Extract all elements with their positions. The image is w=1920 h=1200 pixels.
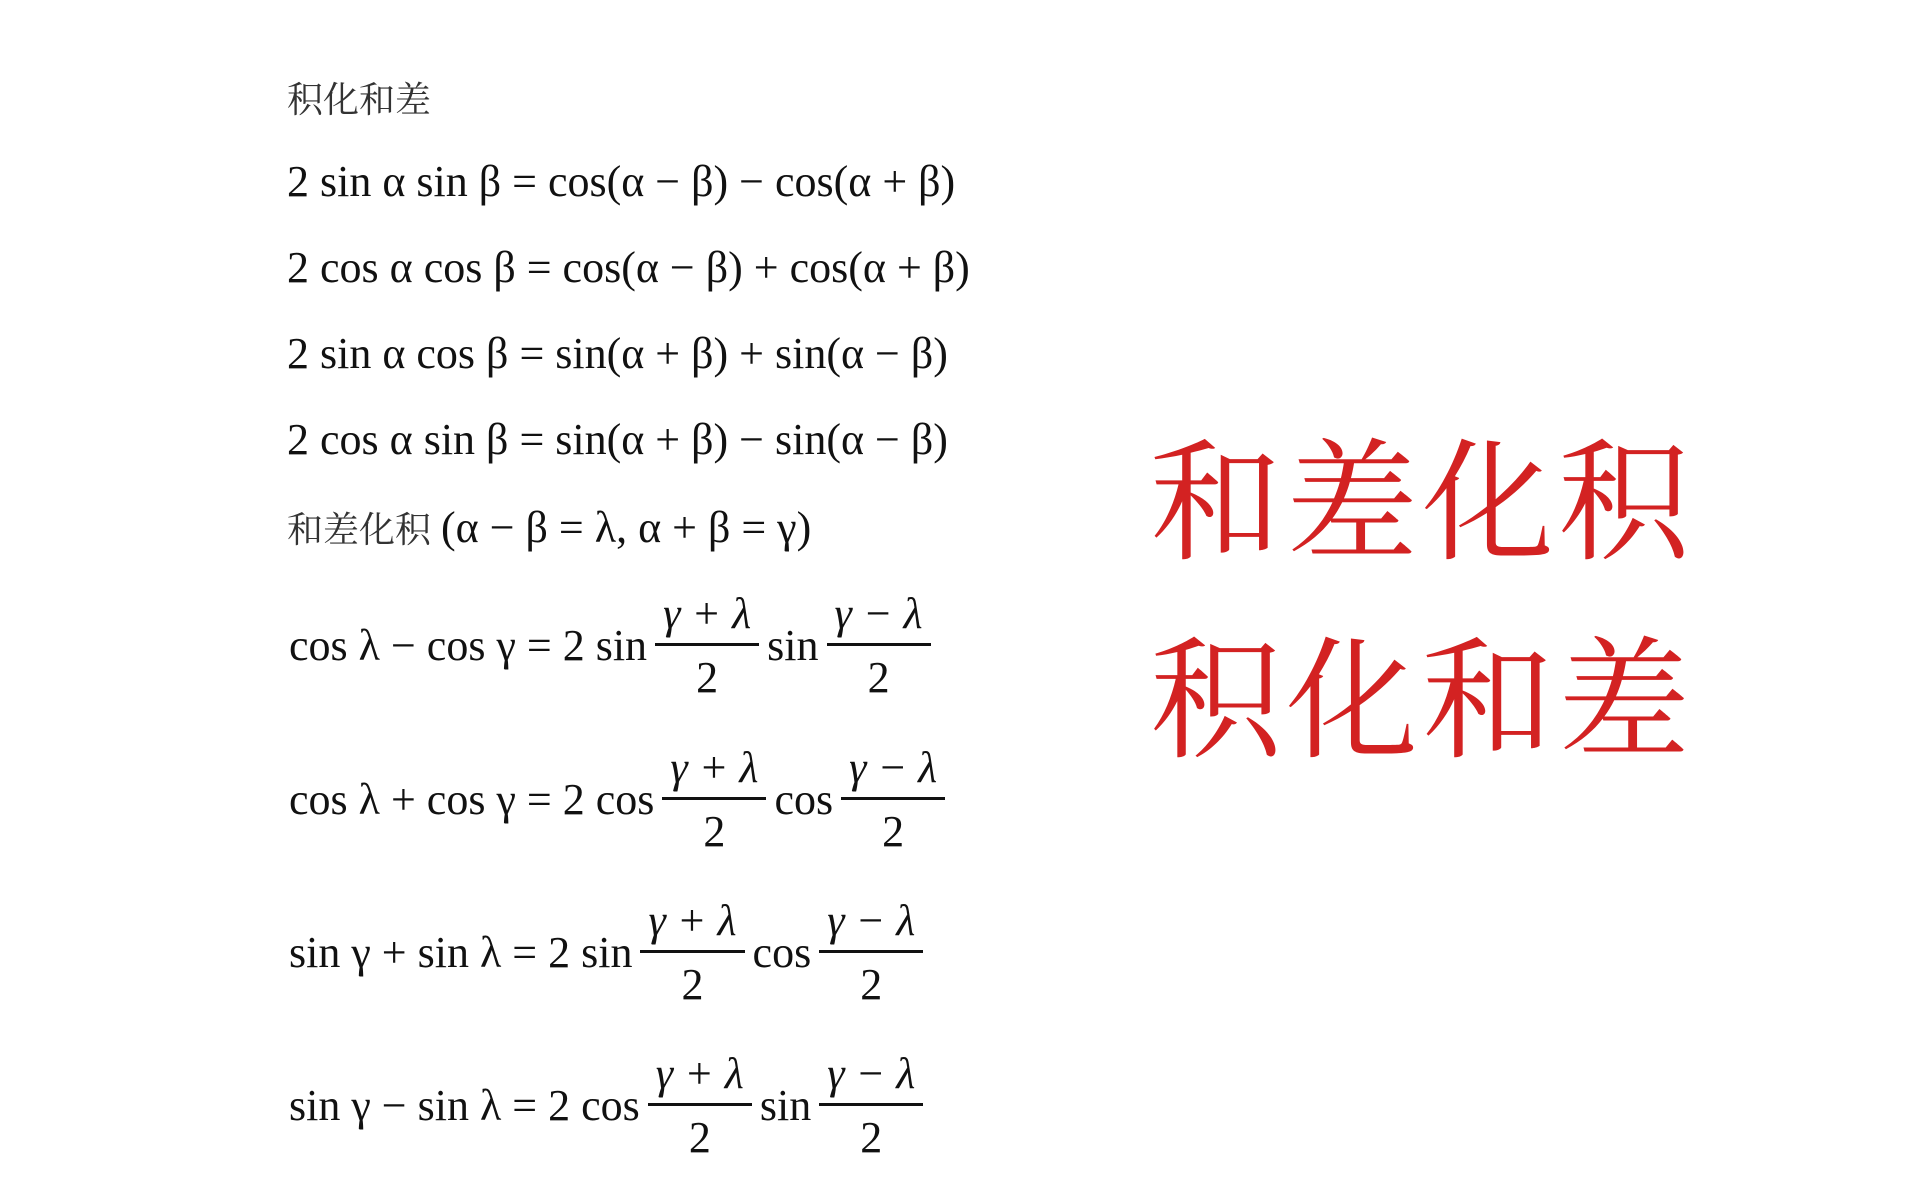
equation-mid-function: cos (772, 774, 835, 825)
fraction-numerator: γ − λ (827, 588, 931, 646)
equation-lhs: sin γ + sin λ = 2 sin (287, 927, 634, 978)
heading-sum-to-product-label: 和差化积 (287, 510, 431, 551)
equation-product-to-sum-2: 2 cos α cos β = cos(α − β) + cos(α + β) (287, 246, 970, 290)
fraction-denominator: 2 (860, 953, 882, 1010)
title-sum-to-product: 和差化积 (1150, 438, 1694, 570)
fraction: γ + λ2 (655, 588, 759, 703)
equation-sum-to-product-1: cos λ − cos γ = 2 sin γ + λ2 sin γ − λ2 (287, 588, 937, 703)
equation-mid-function: sin (758, 1080, 813, 1131)
equation-lhs: cos λ − cos γ = 2 sin (287, 620, 649, 671)
fraction-numerator: γ − λ (819, 895, 923, 953)
fraction-numerator: γ + λ (662, 742, 766, 800)
equation-lhs: sin γ − sin λ = 2 cos (287, 1080, 642, 1131)
equation-mid-function: sin (765, 620, 820, 671)
fraction-numerator: γ − λ (819, 1048, 923, 1106)
fraction: γ + λ2 (648, 1048, 752, 1163)
equation-product-to-sum-3: 2 sin α cos β = sin(α + β) + sin(α − β) (287, 332, 948, 376)
fraction: γ − λ2 (827, 588, 931, 703)
heading-product-to-sum: 积化和差 (287, 72, 431, 123)
equation-lhs: cos λ + cos γ = 2 cos (287, 774, 656, 825)
fraction: γ + λ2 (640, 895, 744, 1010)
fraction-denominator: 2 (868, 646, 890, 703)
fraction-numerator: γ + λ (640, 895, 744, 953)
fraction-numerator: γ − λ (841, 742, 945, 800)
fraction-denominator: 2 (696, 646, 718, 703)
fraction-denominator: 2 (860, 1106, 882, 1163)
fraction-denominator: 2 (682, 953, 704, 1010)
equation-product-to-sum-1: 2 sin α sin β = cos(α − β) − cos(α + β) (287, 160, 955, 204)
fraction-denominator: 2 (882, 800, 904, 857)
equation-mid-function: cos (751, 927, 814, 978)
substitution-condition: (α − β = λ, α + β = γ) (441, 503, 811, 552)
equation-product-to-sum-4: 2 cos α sin β = sin(α + β) − sin(α − β) (287, 418, 948, 462)
fraction-numerator: γ + λ (655, 588, 759, 646)
fraction-denominator: 2 (703, 800, 725, 857)
fraction: γ − λ2 (841, 742, 945, 857)
fraction-denominator: 2 (689, 1106, 711, 1163)
fraction: γ − λ2 (819, 895, 923, 1010)
title-product-to-sum: 积化和差 (1150, 636, 1694, 768)
heading-sum-to-product: 和差化积(α − β = λ, α + β = γ) (287, 502, 811, 553)
fraction-numerator: γ + λ (648, 1048, 752, 1106)
equation-sum-to-product-3: sin γ + sin λ = 2 sin γ + λ2 cos γ − λ2 (287, 895, 929, 1010)
fraction: γ + λ2 (662, 742, 766, 857)
fraction: γ − λ2 (819, 1048, 923, 1163)
equation-sum-to-product-2: cos λ + cos γ = 2 cos γ + λ2 cos γ − λ2 (287, 742, 951, 857)
equation-sum-to-product-4: sin γ − sin λ = 2 cos γ + λ2 sin γ − λ2 (287, 1048, 929, 1163)
